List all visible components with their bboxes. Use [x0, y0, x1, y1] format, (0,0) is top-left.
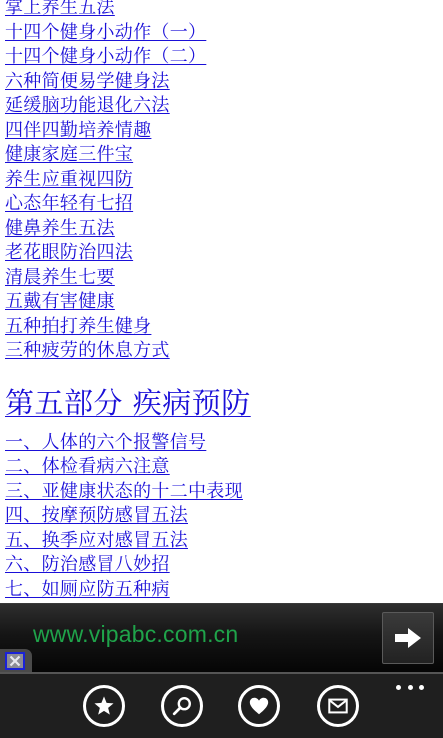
list-item-link[interactable]: 五、换季应对感冒五法 — [5, 529, 443, 554]
list-item-link[interactable]: 七、如厕应防五种病 — [5, 578, 443, 603]
search-icon — [171, 695, 193, 717]
list-item-link[interactable]: 清晨养生七要 — [5, 266, 443, 291]
list-item-link[interactable]: 健鼻养生五法 — [5, 217, 443, 242]
dot — [408, 685, 413, 690]
list-item-link[interactable]: 六种简便易学健身法 — [5, 70, 443, 95]
ad-go-button[interactable] — [382, 612, 434, 664]
article-content[interactable]: 掌上养生五法 十四个健身小动作（一） 十四个健身小动作（二） 六种简便易学健身法… — [5, 0, 443, 627]
list-item-link[interactable]: 心态年轻有七招 — [5, 192, 443, 217]
favorites-button[interactable] — [83, 685, 125, 727]
list-item-link[interactable]: 十四个健身小动作（一） — [5, 21, 443, 46]
list-item-link[interactable]: 老花眼防治四法 — [5, 241, 443, 266]
list-item-link[interactable]: 四、按摩预防感冒五法 — [5, 504, 443, 529]
list-item-link[interactable]: 二、体检看病六注意 — [5, 455, 443, 480]
search-button[interactable] — [161, 685, 203, 727]
dot — [419, 685, 424, 690]
list-item-link[interactable]: 三种疲劳的休息方式 — [5, 339, 443, 364]
heart-icon — [248, 695, 270, 717]
list-item-link[interactable]: 掌上养生五法 — [5, 0, 443, 21]
like-button[interactable] — [238, 685, 280, 727]
list-item-link[interactable]: 三、亚健康状态的十二中表现 — [5, 480, 443, 505]
list-item-link[interactable]: 延缓脑功能退化六法 — [5, 94, 443, 119]
ad-close-button[interactable] — [5, 652, 25, 670]
more-icon[interactable] — [396, 682, 424, 692]
list-item-link[interactable]: 六、防治感冒八妙招 — [5, 553, 443, 578]
ad-close-tab[interactable] — [0, 649, 32, 673]
list-item-link[interactable]: 十四个健身小动作（二） — [5, 45, 443, 70]
list-item-link[interactable]: 五种拍打养生健身 — [5, 315, 443, 340]
app-viewport: 掌上养生五法 十四个健身小动作（一） 十四个健身小动作（二） 六种简便易学健身法… — [0, 0, 443, 738]
list-item-link[interactable]: 五戴有害健康 — [5, 290, 443, 315]
app-bar — [0, 672, 443, 738]
arrow-right-icon — [394, 627, 422, 649]
list-item-link[interactable]: 一、人体的六个报警信号 — [5, 431, 443, 456]
dot — [396, 685, 401, 690]
ad-banner[interactable]: www.vipabc.com.cn — [0, 603, 443, 672]
list-item-link[interactable]: 四伴四勤培养情趣 — [5, 119, 443, 144]
section-heading-link[interactable]: 第五部分 疾病预防 — [5, 385, 443, 421]
star-icon — [93, 695, 115, 717]
list-item-link[interactable]: 健康家庭三件宝 — [5, 143, 443, 168]
list-item-link[interactable]: 养生应重视四防 — [5, 168, 443, 193]
mail-icon — [327, 695, 349, 717]
mail-button[interactable] — [317, 685, 359, 727]
ad-text[interactable]: www.vipabc.com.cn — [33, 619, 238, 649]
close-icon — [9, 655, 21, 667]
